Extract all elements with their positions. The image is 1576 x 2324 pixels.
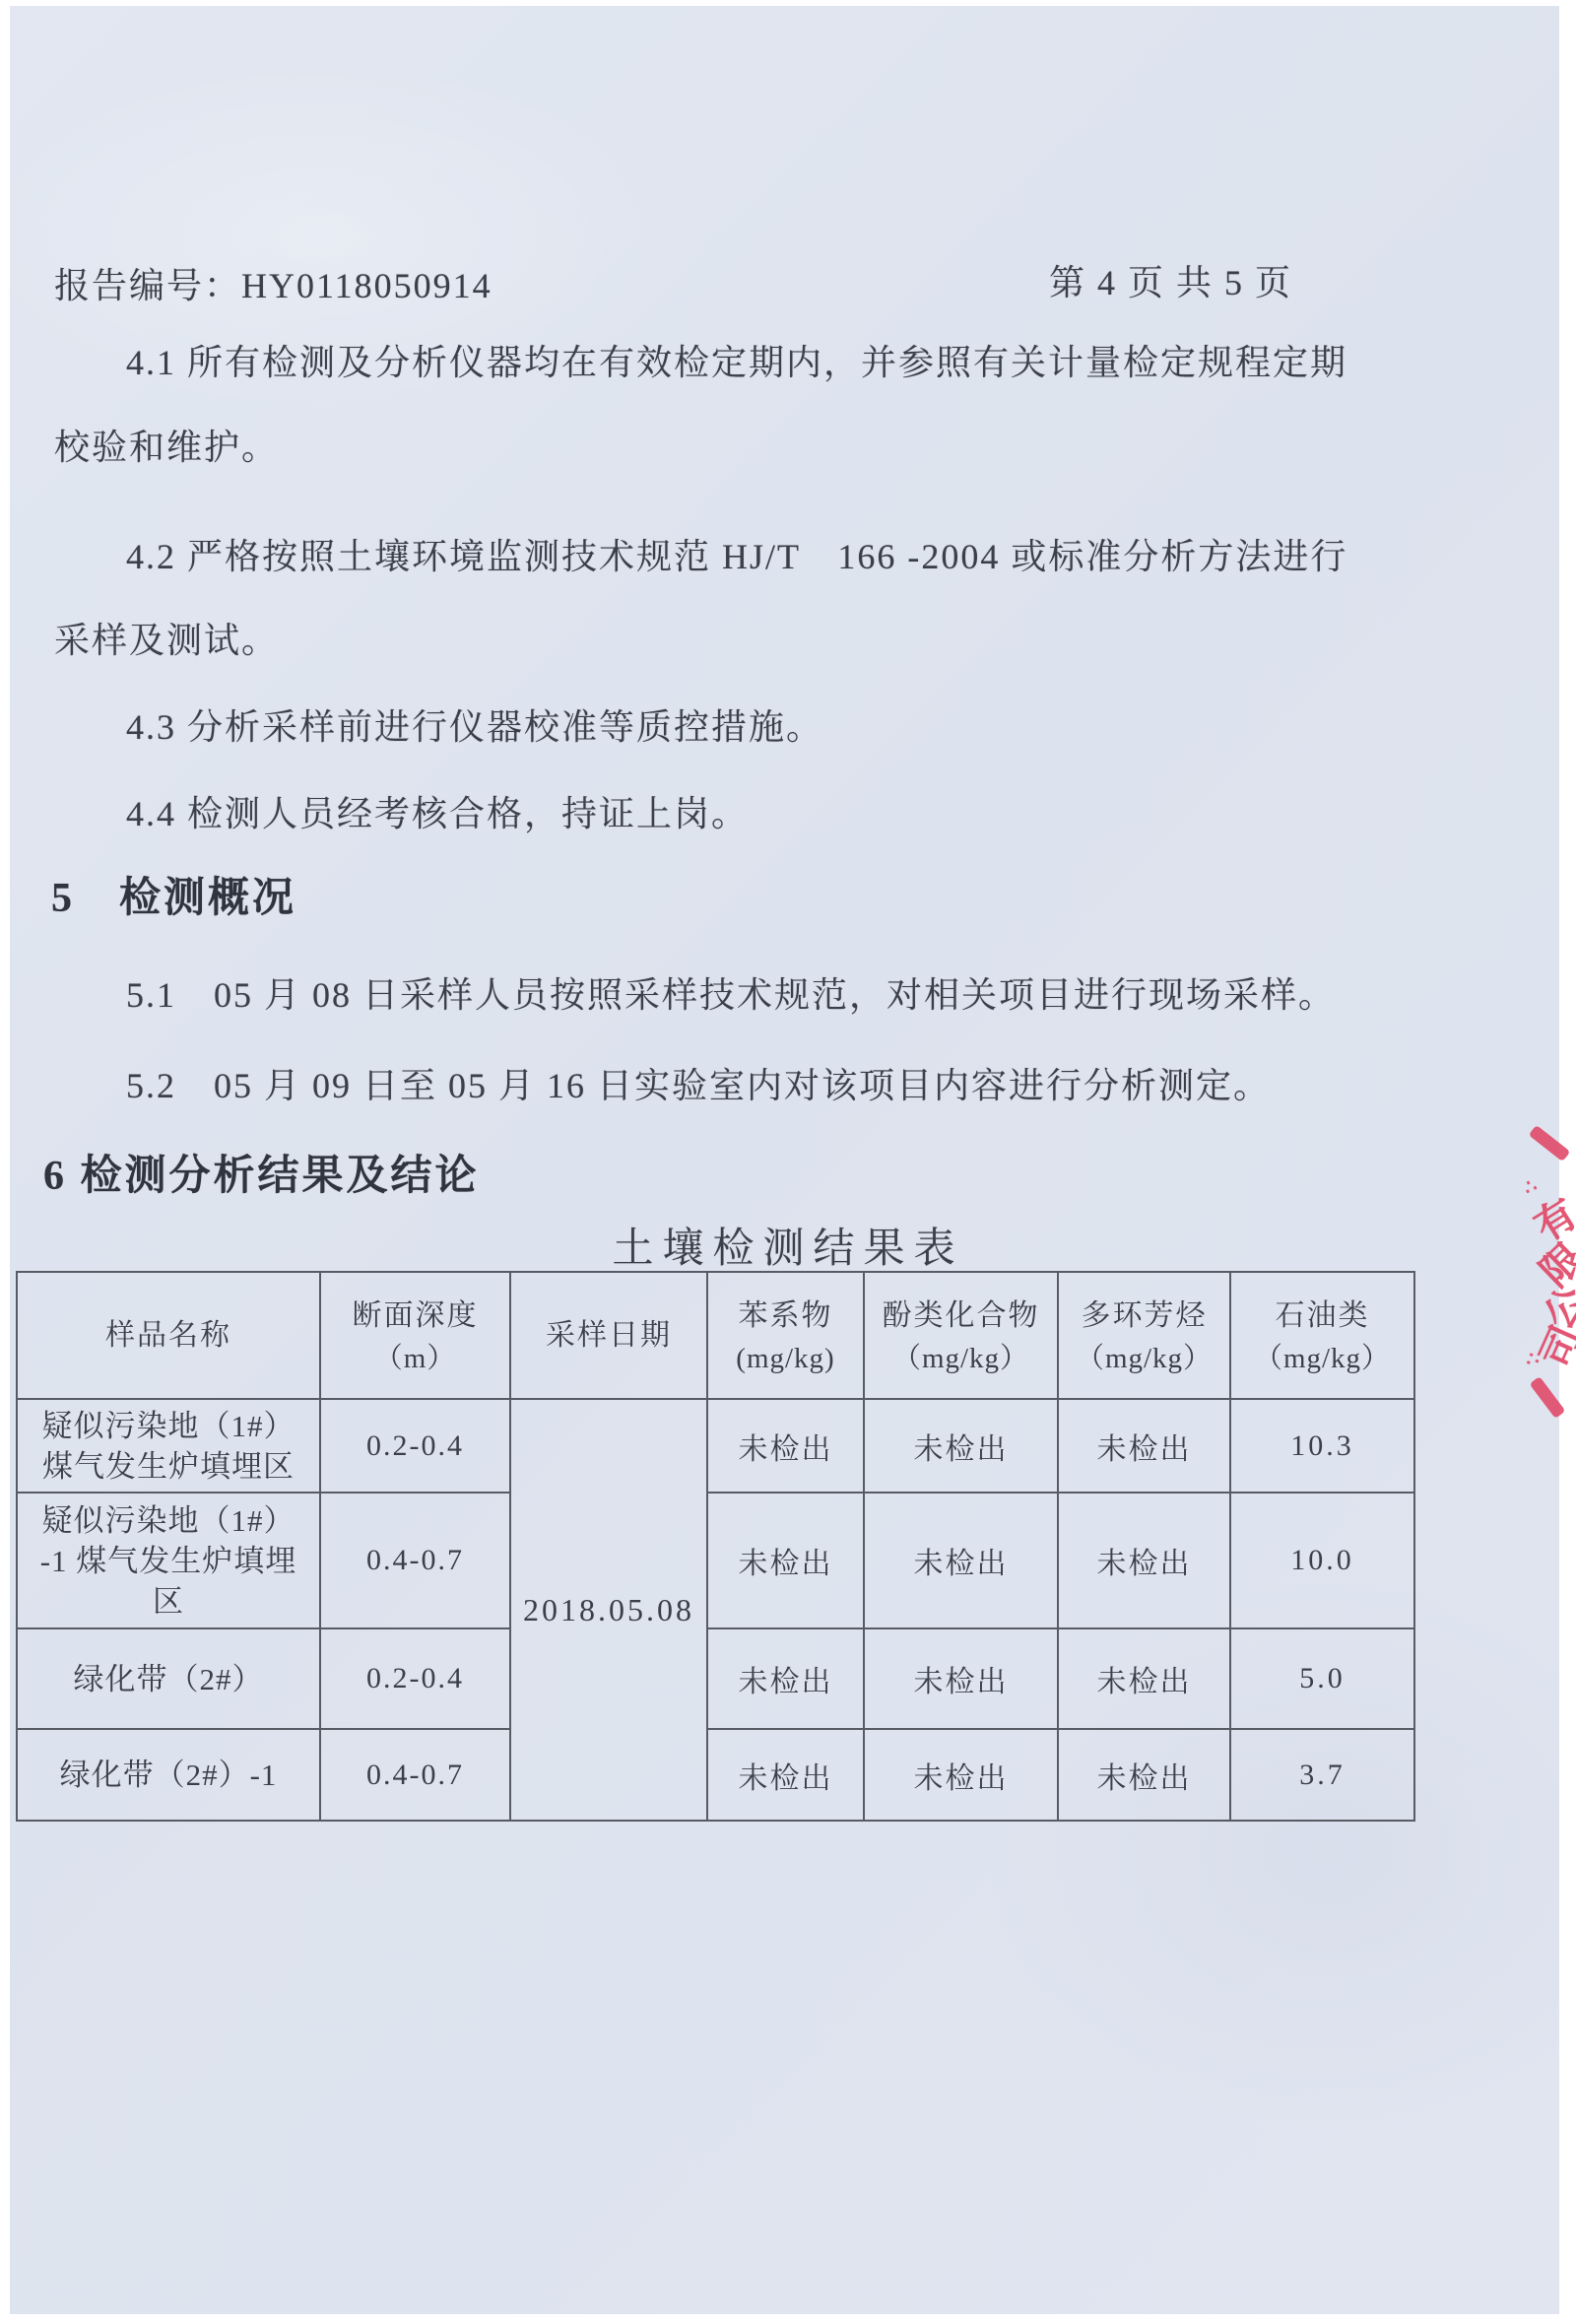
cell-petroleum: 10.3 (1230, 1399, 1414, 1493)
cell-sample-name: 疑似污染地（1#） -1 煤气发生炉填埋 区 (17, 1493, 320, 1628)
col-label: 断面深度 (325, 1294, 505, 1339)
col-unit: （mg/kg） (1063, 1339, 1225, 1378)
soil-results-table: 样品名称 断面深度 （m） 采样日期 苯系物 (mg/kg) 酚类化合物 （mg… (16, 1271, 1415, 1822)
col-header-pahs: 多环芳烃 （mg/kg） (1058, 1272, 1230, 1399)
table-header-row: 样品名称 断面深度 （m） 采样日期 苯系物 (mg/kg) 酚类化合物 （mg… (17, 1272, 1414, 1399)
cell-benzene: 未检出 (707, 1729, 864, 1821)
cell-pahs: 未检出 (1058, 1729, 1230, 1821)
col-unit: （mg/kg） (1235, 1339, 1410, 1378)
para-4-1-line-1: 4.1 所有检测及分析仪器均在有效检定期内，并参照有关计量检定规程定期 (126, 335, 1347, 385)
scanned-report-page: 报告编号：HY0118050914 第 4 页 共 5 页 4.1 所有检测及分… (0, 0, 1576, 2324)
cell-petroleum: 3.7 (1230, 1729, 1414, 1821)
para-4-2-line-2: 采样及测试。 (54, 613, 279, 663)
col-header-benzene: 苯系物 (mg/kg) (707, 1272, 864, 1399)
col-label: 多环芳烃 (1063, 1294, 1225, 1339)
cell-sample-name: 绿化带（2#） (17, 1628, 320, 1729)
cell-petroleum: 10.0 (1230, 1493, 1414, 1628)
cell-depth: 0.4-0.7 (320, 1729, 510, 1821)
report-number: 报告编号：HY0118050914 (54, 258, 492, 308)
para-4-1-line-2: 校验和维护。 (54, 420, 279, 470)
col-label: 酚类化合物 (869, 1294, 1053, 1339)
cell-petroleum: 5.0 (1230, 1628, 1414, 1729)
col-header-depth: 断面深度 （m） (320, 1272, 510, 1399)
section-6-heading: 6 检测分析结果及结论 (43, 1143, 480, 1202)
table-row: 绿化带（2#）-1 0.4-0.7 未检出 未检出 未检出 3.7 (17, 1729, 1414, 1821)
cell-benzene: 未检出 (707, 1493, 864, 1628)
section-5-heading: 5 检测概况 (51, 865, 296, 924)
col-unit: (mg/kg) (712, 1339, 859, 1378)
cell-depth: 0.4-0.7 (320, 1493, 510, 1628)
col-header-sampling-date: 采样日期 (510, 1272, 707, 1399)
col-unit: （m） (325, 1339, 505, 1378)
para-4-2-line-1: 4.2 严格按照土壤环境监测技术规范 HJ/T 166 -2004 或标准分析方… (126, 529, 1347, 579)
cell-pahs: 未检出 (1058, 1399, 1230, 1493)
cell-benzene: 未检出 (707, 1399, 864, 1493)
table-row: 疑似污染地（1#） 煤气发生炉填埋区 0.2-0.4 2018.05.08 未检… (17, 1399, 1414, 1493)
cell-phenols: 未检出 (864, 1628, 1058, 1729)
table-row: 绿化带（2#） 0.2-0.4 未检出 未检出 未检出 5.0 (17, 1628, 1414, 1729)
cell-phenols: 未检出 (864, 1493, 1058, 1628)
table-title: 土壤检测结果表 (0, 1216, 1576, 1275)
para-5-2: 5.2 05 月 09 日至 05 月 16 日实验室内对该项目内容进行分析测定… (126, 1058, 1271, 1108)
cell-benzene: 未检出 (707, 1628, 864, 1729)
cell-sample-name: 绿化带（2#）-1 (17, 1729, 320, 1821)
cell-sample-name: 疑似污染地（1#） 煤气发生炉填埋区 (17, 1399, 320, 1493)
table-row: 疑似污染地（1#） -1 煤气发生炉填埋 区 0.4-0.7 未检出 未检出 未… (17, 1493, 1414, 1628)
col-label: 样品名称 (22, 1313, 315, 1359)
cell-phenols: 未检出 (864, 1399, 1058, 1493)
para-4-4: 4.4 检测人员经考核合格，持证上岗。 (126, 786, 749, 836)
col-label: 石油类 (1235, 1294, 1410, 1339)
cell-depth: 0.2-0.4 (320, 1399, 510, 1493)
cell-depth: 0.2-0.4 (320, 1628, 510, 1729)
cell-sampling-date: 2018.05.08 (510, 1399, 707, 1821)
page-indicator: 第 4 页 共 5 页 (1049, 255, 1292, 305)
para-4-3: 4.3 分析采样前进行仪器校准等质控措施。 (126, 699, 823, 750)
cell-pahs: 未检出 (1058, 1493, 1230, 1628)
col-label: 采样日期 (515, 1313, 702, 1359)
col-label: 苯系物 (712, 1294, 859, 1339)
col-unit: （mg/kg） (869, 1339, 1053, 1378)
para-5-1: 5.1 05 月 08 日采样人员按照采样技术规范，对相关项目进行现场采样。 (126, 967, 1336, 1018)
cell-pahs: 未检出 (1058, 1628, 1230, 1729)
col-header-sample-name: 样品名称 (17, 1272, 320, 1399)
col-header-petroleum: 石油类 （mg/kg） (1230, 1272, 1414, 1399)
col-header-phenols: 酚类化合物 （mg/kg） (864, 1272, 1058, 1399)
cell-phenols: 未检出 (864, 1729, 1058, 1821)
